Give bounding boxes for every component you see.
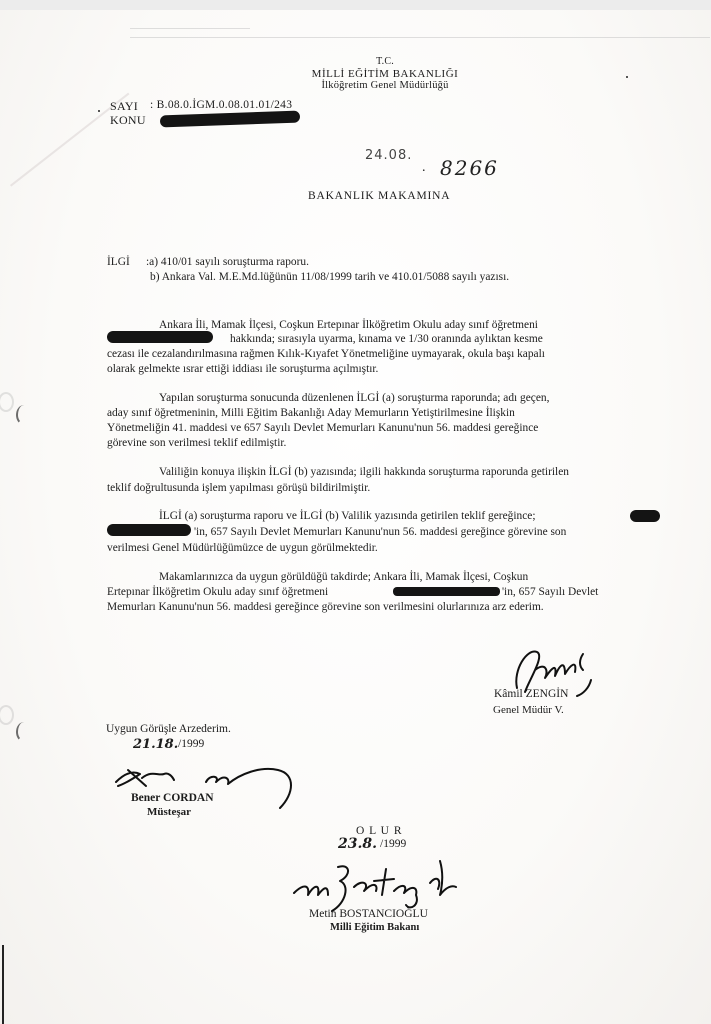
redaction-name-3 [393, 587, 500, 596]
redaction-name-2b [107, 524, 191, 536]
p1-line1: Ankara İli, Mamak İlçesi, Coşkun Ertepın… [159, 318, 538, 333]
ilgi-b: b) Ankara Val. M.E.Md.lüğünün 11/08/1999… [150, 270, 509, 285]
konu-label: KONU [110, 113, 146, 128]
department-name: İlköğretim Genel Müdürlüğü [300, 80, 470, 92]
redaction-name-1 [107, 331, 213, 343]
minister-signature [290, 855, 460, 915]
minister-name: Metin BOSTANCIOĞLU [309, 908, 428, 920]
director-name: Kâmil ZENGİN [494, 688, 568, 700]
redaction-name-2a [630, 510, 660, 522]
undersecretary-name: Bener CORDAN [131, 792, 214, 804]
punch-hole [0, 705, 14, 725]
speck [98, 110, 100, 112]
letterhead: T.C. MİLLİ EĞİTİM BAKANLIĞI İlköğretim G… [300, 56, 470, 92]
p1-line4: olarak gelmekte ısrar ettiği iddiası ile… [107, 362, 378, 377]
p2-line4: görevine son verilmesi teklif edilmiştir… [107, 436, 286, 451]
undersecretary-date-hand: 21.18. [133, 737, 178, 752]
p5-line2b: 'in, 657 Sayılı Devlet [502, 585, 598, 600]
stamp-date: 24.08. [365, 148, 412, 163]
p5-line1: Makamlarınızca da uygun görüldüğü takdir… [159, 570, 528, 585]
scan-artifact [130, 28, 250, 29]
stamp-number: 8266 [440, 156, 499, 180]
p4-line2: 'in, 657 Sayılı Devlet Memurları Kanunu'… [194, 525, 566, 540]
p3-line2: teklif doğrultusunda işlem yapılması gör… [107, 481, 370, 496]
punch-hole [16, 405, 32, 425]
addressee: BAKANLIK MAKAMINA [308, 190, 450, 202]
p4-line3: verilmesi Genel Müdürlüğümüzce de uygun … [107, 541, 378, 556]
p5-line2a: Ertepınar İlköğretim Okulu aday sınıf öğ… [107, 585, 328, 600]
p4-line1: İLGİ (a) soruşturma raporu ve İLGİ (b) V… [159, 509, 536, 524]
undersecretary-signature [110, 760, 310, 815]
country-label: T.C. [300, 56, 470, 68]
p3-line1: Valiliğin konuya ilişkin İLGİ (b) yazısı… [159, 465, 569, 480]
p5-line3: Memurları Kanunu'nun 56. maddesi gereğin… [107, 600, 544, 615]
punch-hole [16, 722, 32, 742]
stamp-dot: . [422, 160, 426, 176]
minister-date-hand: 23.8. [338, 836, 377, 852]
page-edge [2, 945, 4, 1024]
minister-date-year: /1999 [380, 838, 406, 850]
director-title: Genel Müdür V. [493, 704, 564, 716]
p2-line1: Yapılan soruşturma sonucunda düzenlenen … [159, 391, 549, 406]
p1-line3: cezası ile cezalandırılmasına rağmen Kıl… [107, 347, 545, 362]
p1-line2: hakkında; sırasıyla uyarma, kınama ve 1/… [230, 332, 543, 347]
sayi-label: SAYI [110, 99, 138, 114]
undersecretary-title: Müsteşar [147, 806, 191, 818]
ilgi-a: :a) 410/01 sayılı soruşturma raporu. [146, 255, 309, 270]
top-border [0, 0, 711, 10]
p2-line3: Yönetmeliğin 41. maddesi ve 657 Sayılı D… [107, 421, 538, 436]
minister-title: Milli Eğitim Bakanı [330, 922, 419, 933]
p2-line2: aday sınıf öğretmeninin, Milli Eğitim Ba… [107, 406, 515, 421]
ministry-name: MİLLİ EĞİTİM BAKANLIĞI [300, 68, 470, 80]
speck [626, 76, 628, 78]
scan-artifact [130, 37, 710, 38]
undersecretary-note: Uygun Görüşle Arzederim. [106, 723, 231, 735]
undersecretary-date-year: /1999 [178, 738, 204, 750]
punch-hole [0, 392, 14, 412]
ilgi-label: İLGİ [107, 255, 130, 270]
sayi-value: : B.08.0.İGM.0.08.01.01/243 [150, 99, 292, 111]
